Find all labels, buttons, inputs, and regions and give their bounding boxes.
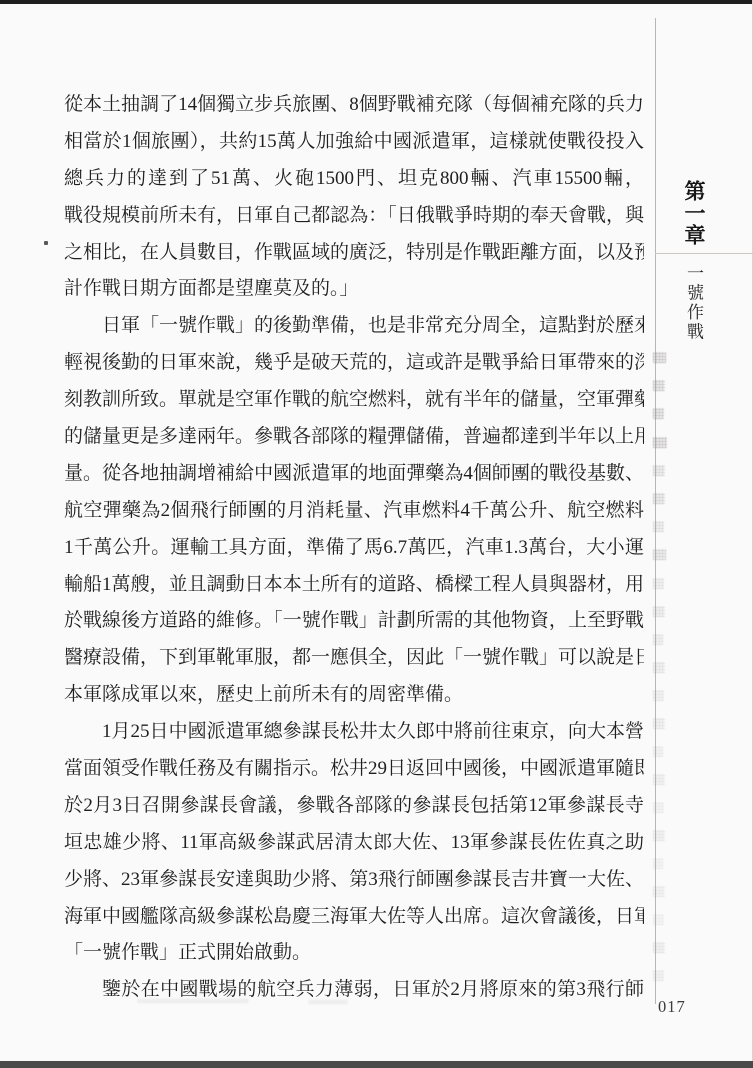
text-line: 刻教訓所致。單就是空軍作戰的航空燃料，就有半年的儲量，空軍彈藥: [64, 382, 644, 419]
bleedthrough-mark: [653, 970, 664, 981]
bleedthrough-mark: [653, 408, 664, 419]
bleedthrough-mark: [653, 380, 665, 391]
bleedthrough-mark: [653, 802, 664, 813]
bleedthrough-mark: [653, 886, 665, 897]
bleedthrough-mark: [653, 914, 664, 925]
text-line: 的儲量更是多達兩年。參戰各部隊的糧彈儲備，普遍都達到半年以上用: [64, 419, 644, 456]
bleedthrough-mark: [653, 606, 665, 617]
text-line: 於戰線後方道路的維修。「一號作戰」計劃所需的其他物資，上至野戰: [64, 603, 644, 640]
text-line: 之相比，在人員數目，作戰區域的廣泛，特別是作戰距離方面，以及預: [64, 235, 644, 272]
text-line: 醫療設備，下到軍靴軍服，都一應俱全，因此「一號作戰」可以說是日: [64, 640, 644, 677]
chapter-title-vertical: 一號作戰: [681, 264, 706, 342]
text-line: 量。從各地抽調增補給中國派遣軍的地面彈藥為4個師團的戰役基數、: [64, 456, 644, 493]
smudge-mark: [137, 999, 249, 1003]
text-line: 從本土抽調了14個獨立步兵旅團、8個野戰補充隊（每個補充隊的兵力: [64, 87, 644, 124]
text-line: 相當於1個旅團），共約15萬人加強給中國派遣軍，這樣就使戰役投入: [64, 124, 644, 161]
bleedthrough-mark: [653, 465, 665, 476]
text-line: 戰役規模前所未有，日軍自己都認為：「日俄戰爭時期的奉天會戰，與: [64, 198, 644, 235]
smudge-mark: [308, 1000, 348, 1004]
text-line: 垣忠雄少將、11軍高級參謀武居清太郎大佐、13軍參謀長佐佐真之助: [64, 825, 644, 862]
ink-speck: [44, 241, 48, 245]
text-line: 少將、23軍參謀長安達與助少將、第3飛行師團參謀長吉井寶一大佐、: [64, 862, 644, 899]
bleedthrough-mark: [653, 493, 665, 504]
scan-bottom-edge: [0, 1061, 753, 1068]
text-line: 本軍隊成軍以來，歷史上前所未有的周密準備。: [64, 677, 644, 714]
text-line: 輸船1萬艘，並且調動日本本土所有的道路、橋樑工程人員與器材，用: [64, 567, 644, 604]
sidebar-divider-line: [655, 18, 656, 1004]
bleedthrough-mark: [653, 774, 665, 785]
bleedthrough-mark: [653, 521, 664, 532]
bleedthrough-mark: [653, 858, 663, 869]
text-line: 航空彈藥為2個飛行師團的月消耗量、汽車燃料4千萬公升、航空燃料: [64, 493, 644, 530]
text-line: 海軍中國艦隊高級參謀松島慶三海軍大佐等人出席。這次會議後，日軍: [64, 899, 644, 936]
text-line: 輕視後勤的日軍來說，幾乎是破天荒的，這或許是戰爭給日軍帶來的深: [64, 345, 644, 382]
bleedthrough-mark: [653, 662, 665, 673]
text-line: 當面領受作戰任務及有關指示。松井29日返回中國後，中國派遣軍隨即: [64, 751, 644, 788]
bleedthrough-mark: [653, 690, 664, 701]
chapter-number-vertical: 第一章: [679, 180, 709, 246]
bleedthrough-mark: [653, 352, 666, 363]
text-line: 「一號作戰」正式開始啟動。: [64, 935, 644, 972]
text-line: 總兵力的達到了51萬、火砲1500門、坦克800輛、汽車15500輛，: [64, 161, 644, 198]
text-line: 計作戰日期方面都是望塵莫及的。」: [64, 271, 644, 308]
text-line: 1千萬公升。運輸工具方面，準備了馬6.7萬匹，汽車1.3萬台，大小運: [64, 530, 644, 567]
text-line: 1月25日中國派遣軍總參謀長松井太久郎中將前往東京，向大本營: [64, 714, 644, 751]
bleedthrough-mark: [653, 549, 666, 560]
text-line: 鑒於在中國戰場的航空兵力薄弱，日軍於2月將原來的第3飛行師: [64, 972, 644, 1009]
chapter-divider-rule: [655, 253, 753, 254]
text-line: 於2月3日召開參謀長會議，參戰各部隊的參謀長包括第12軍參謀長寺: [64, 788, 644, 825]
bleedthrough-mark: [653, 746, 663, 757]
bleedthrough-mark: [653, 437, 667, 448]
text-line: 日軍「一號作戰」的後勤準備，也是非常充分周全，這點對於歷來: [64, 308, 644, 345]
page-number: 017: [658, 997, 686, 1017]
bleedthrough-mark: [653, 942, 665, 953]
scan-top-edge: [0, 0, 753, 4]
bleedthrough-mark: [653, 578, 664, 589]
body-text: 從本土抽調了14個獨立步兵旅團、8個野戰補充隊（每個補充隊的兵力相當於1個旅團）…: [64, 87, 644, 1009]
bleedthrough-mark: [653, 830, 665, 841]
bleedthrough-mark: [653, 718, 665, 729]
bleedthrough-mark: [653, 634, 663, 645]
